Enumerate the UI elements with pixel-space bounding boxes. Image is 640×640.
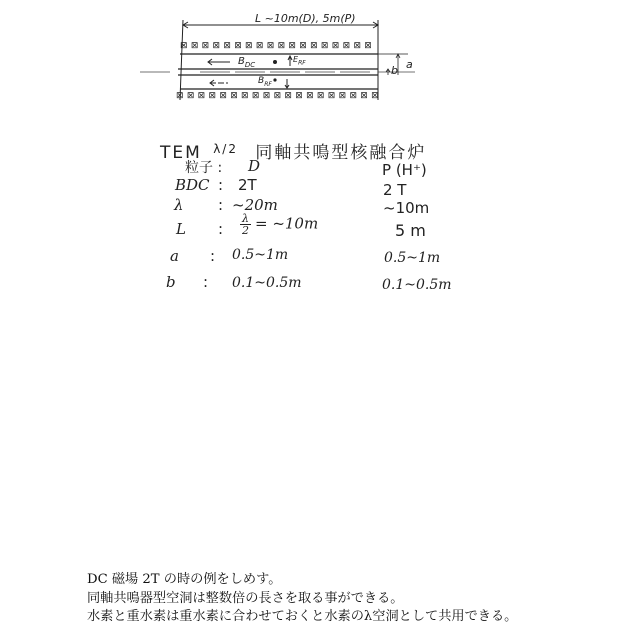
- param-sep: :: [218, 196, 223, 214]
- param-sep: :: [203, 273, 208, 291]
- param-p-bdc: 2 T: [383, 181, 406, 199]
- title-fraction: λ/2: [213, 142, 238, 156]
- bdc-label: BDC: [238, 56, 255, 69]
- erf-label: ERF: [293, 55, 306, 67]
- param-sep: :: [218, 176, 223, 194]
- note-line: DC 磁場 2T の時の例をしめす。: [87, 571, 517, 590]
- note-line: 水素と重水素は重水素に合わせておくと水素のλ空洞として共用できる。: [87, 608, 517, 627]
- param-key-lambda: λ: [174, 196, 184, 214]
- brf-label: BRF: [258, 76, 272, 88]
- lambda-half-fraction: λ2: [240, 213, 251, 236]
- coaxial-resonator-diagram: L ~10m(D), 5m(P) ⊠⊠⊠⊠⊠⊠⊠⊠⊠⊠⊠⊠⊠⊠⊠⊠⊠⊠ ⊠⊠⊠⊠…: [140, 0, 460, 110]
- coil-row-bottom: ⊠⊠⊠⊠⊠⊠⊠⊠⊠⊠⊠⊠⊠⊠⊠⊠⊠⊠⊠: [176, 91, 382, 101]
- param-key-l: L: [176, 220, 186, 238]
- param-key-b: b: [166, 273, 176, 291]
- param-d-lambda: ~20m: [232, 196, 278, 214]
- param-d-bdc: 2T: [238, 176, 257, 194]
- title-text: 同軸共鳴型核融合炉: [255, 143, 426, 163]
- column-header-d: D: [248, 157, 260, 175]
- dimension-b-label: b: [391, 64, 398, 77]
- param-p-l: 5 m: [395, 221, 426, 240]
- notes: DC 磁場 2T の時の例をしめす。 同軸共鳴器型空洞は整数倍の長さを取る事がで…: [87, 571, 517, 627]
- param-sep: :: [210, 247, 215, 265]
- param-p-b: 0.1~0.5m: [382, 277, 452, 293]
- particle-label: 粒子 :: [185, 157, 222, 177]
- coil-row-top: ⊠⊠⊠⊠⊠⊠⊠⊠⊠⊠⊠⊠⊠⊠⊠⊠⊠⊠: [180, 41, 375, 51]
- param-d-l: λ2= ~10m: [240, 213, 318, 236]
- param-key-bdc: BDC: [175, 176, 210, 194]
- param-d-b: 0.1~0.5m: [232, 275, 302, 291]
- column-header-p: P (H⁺): [382, 161, 427, 179]
- dimension-a-label: a: [406, 58, 413, 71]
- param-p-a: 0.5~1m: [384, 250, 440, 266]
- param-sep: :: [218, 220, 223, 238]
- param-key-a: a: [170, 247, 179, 265]
- note-line: 同軸共鳴器型空洞は整数倍の長さを取る事ができる。: [87, 590, 517, 609]
- param-p-lambda: ~10m: [383, 199, 429, 217]
- length-label: L ~10m(D), 5m(P): [255, 12, 356, 25]
- param-d-a: 0.5~1m: [232, 247, 288, 263]
